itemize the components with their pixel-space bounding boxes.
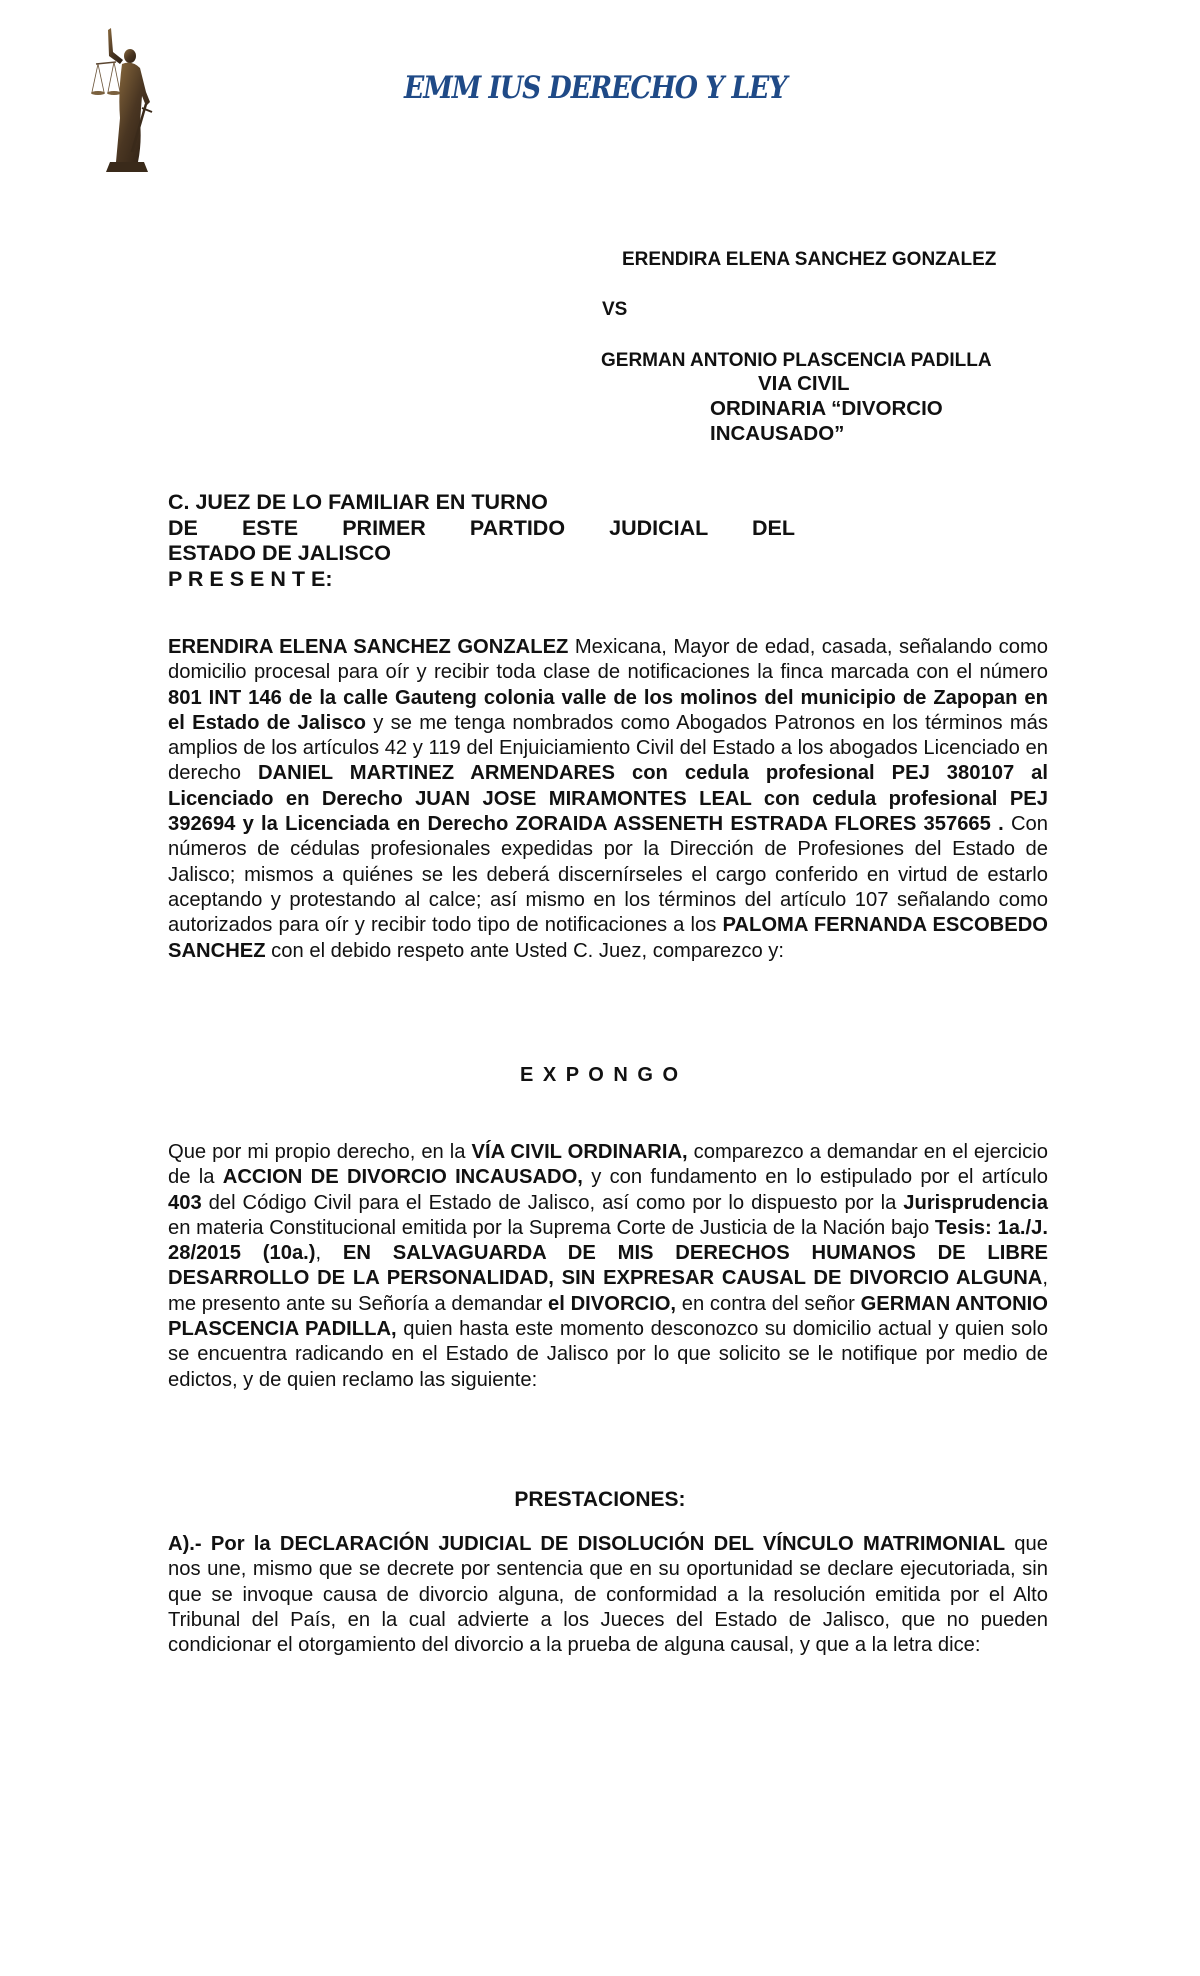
bold-text-segment: el DIVORCIO, [548, 1293, 676, 1315]
bold-text-segment: A).- Por la DECLARACIÓN JUDICIAL DE DISO… [168, 1533, 1005, 1555]
bold-text-segment: VÍA CIVIL ORDINARIA, [472, 1141, 688, 1163]
bold-text-segment: DANIEL MARTINEZ ARMENDARES con cedula pr… [168, 762, 1048, 835]
bold-text-segment: ERENDIRA ELENA SANCHEZ GONZALEZ [168, 636, 568, 658]
intro-paragraph: ERENDIRA ELENA SANCHEZ GONZALEZ Mexicana… [168, 635, 1048, 964]
text-segment: en materia Constitucional emitida por la… [168, 1217, 935, 1239]
text-segment: en contra del señor [676, 1293, 861, 1315]
prestaciones-heading: PRESTACIONES: [0, 1488, 1200, 1512]
expongo-heading: E X P O N G O [0, 1064, 1200, 1087]
addressee-line-1: C. JUEZ DE LO FAMILIAR EN TURNO [168, 490, 795, 516]
addressee-line-2: DE ESTE PRIMER PARTIDO JUDICIAL DEL [168, 516, 795, 542]
brand-title: EMM IUS DERECHO Y LEY [404, 70, 786, 106]
text-segment: con el debido respeto ante Usted C. Juez… [266, 940, 784, 962]
bold-text-segment: 403 [168, 1192, 202, 1214]
defendant-name: GERMAN ANTONIO PLASCENCIA PADILLA [601, 349, 992, 373]
lady-justice-statue-icon [76, 22, 164, 178]
bold-text-segment: Jurisprudencia [903, 1192, 1048, 1214]
addressee-line-4: P R E S E N T E: [168, 567, 795, 593]
bold-text-segment: ACCION DE DIVORCIO INCAUSADO, [223, 1166, 583, 1188]
expongo-paragraph: Que por mi propio derecho, en la VÍA CIV… [168, 1140, 1048, 1393]
addressee-block: C. JUEZ DE LO FAMILIAR EN TURNO DE ESTE … [168, 490, 795, 592]
addressee-line-3: ESTADO DE JALISCO [168, 541, 795, 567]
procedure-line-2: ORDINARIA “DIVORCIO [710, 397, 943, 421]
text-segment: Que por mi propio derecho, en la [168, 1141, 472, 1163]
prestacion-a-paragraph: A).- Por la DECLARACIÓN JUDICIAL DE DISO… [168, 1532, 1048, 1658]
versus-label: VS [602, 298, 627, 322]
procedure-line-3: INCAUSADO” [710, 422, 844, 446]
plaintiff-name: ERENDIRA ELENA SANCHEZ GONZALEZ [622, 248, 996, 272]
procedure-line-1: VIA CIVIL [758, 372, 850, 396]
text-segment: y con fundamento en lo estipulado por el… [583, 1166, 1048, 1188]
text-segment: del Código Civil para el Estado de Jalis… [202, 1192, 904, 1214]
text-segment: , [316, 1242, 343, 1264]
